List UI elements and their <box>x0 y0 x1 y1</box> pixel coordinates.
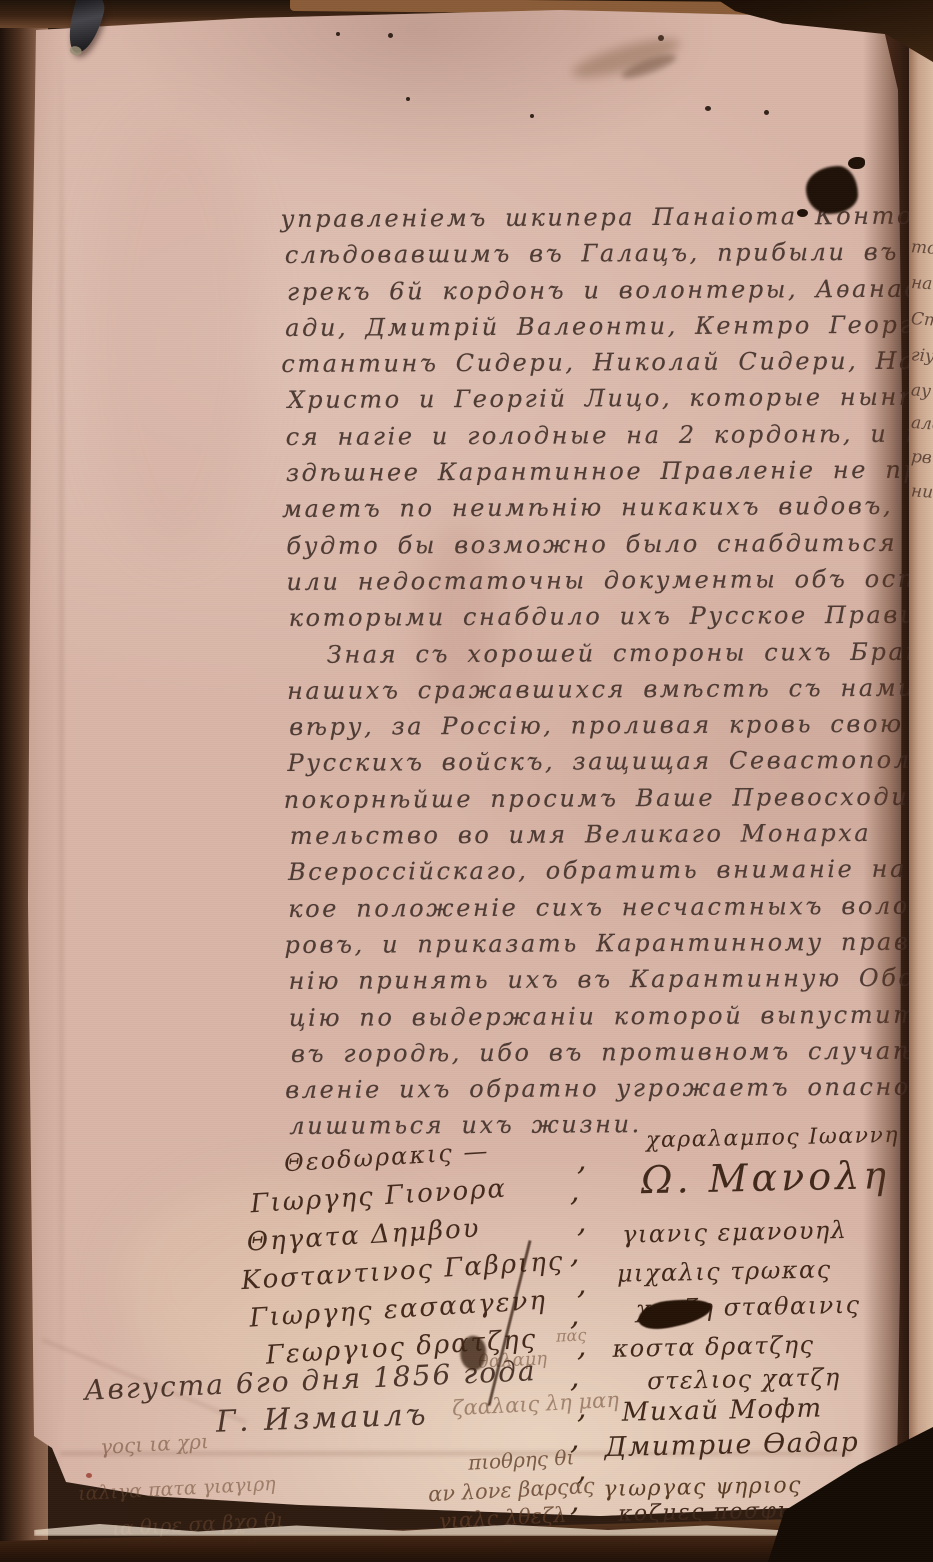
manuscript-line: Русскихъ войскъ, защищая Севастополь, мы <box>287 745 933 785</box>
manuscript-line: нію принять ихъ въ Карантинную Обсерва <box>289 963 933 1003</box>
ink-speck <box>388 33 393 38</box>
signature: Ω. Μανολη <box>640 1153 900 1220</box>
manuscript-line: ади, Дмитрій Валеонти, Кентро Георгіу <box>285 310 933 350</box>
signature-tick: , <box>570 1365 580 1396</box>
manuscript-line: которыми снабдило ихъ Русское Правитель <box>289 600 933 640</box>
gutter-shadow <box>863 0 911 1562</box>
adjacent-page-fragment: ни <box>910 481 933 502</box>
manuscript-body: управленіемъ шкипера Панаіота Контослѣдо… <box>285 201 933 1149</box>
manuscript-line: стантинъ Сидери, Николай Сидери, Нау <box>281 346 933 386</box>
signature-tick-column: ,,,,,,,,,,,, <box>577 1148 587 1520</box>
manuscript-line: Всероссійскаго, обратить вниманіе на жал <box>288 854 933 894</box>
adjacent-page: 5/ тонаиСтгіуауалорвини <box>909 0 933 1562</box>
ink-speck <box>336 32 340 36</box>
ink-blot-small <box>797 209 808 217</box>
adjacent-page-fragment: Ст <box>910 309 933 331</box>
manuscript-line: здѣшнее Карантинное Правленіе не прини <box>286 455 933 495</box>
manuscript-line: слѣдовавшимъ въ Галацъ, прибыли въ Измаи <box>285 237 933 277</box>
manuscript-line: грекъ 6й кордонъ и волонтеры, Аѳанасій С… <box>287 274 933 314</box>
adjacent-page-fragment: ало <box>910 413 933 435</box>
ink-speck <box>530 114 534 118</box>
signature-tick: , <box>570 1489 580 1520</box>
adjacent-page-fragment: рви <box>910 447 933 469</box>
manuscript-line: Христо и Георгій Лицо, которые нынѣ нахо <box>287 383 933 423</box>
manuscript-line: будто бы возможно было снабдиться таковы <box>286 528 933 568</box>
signature-tick: , <box>570 1427 580 1458</box>
signature: μιχαλις τρωκας <box>617 1254 903 1296</box>
adjacent-page-fragment: ау <box>910 380 931 401</box>
photo-frame: управленіемъ шкипера Панаіота Контослѣдо… <box>0 0 933 1562</box>
manuscript-line: вѣру, за Россію, проливая кровь свою въ … <box>289 709 933 749</box>
signature: γιανις εμανουηλ <box>622 1215 902 1260</box>
adjacent-page-fragment: то <box>910 237 933 259</box>
manuscript-line: нашихъ сражавшихся вмѣстѣ съ нами за <box>287 673 933 713</box>
manuscript-line: вленіе ихъ обратно угрожаетъ опасностію <box>285 1072 933 1112</box>
manuscript-line: Зная съ хорошей стороны сихъ Братьевъ <box>283 637 933 677</box>
signature-column-left: Θεοδωρακις —Γιωργης ΓιονοραΘηγατα Δημβου… <box>241 1133 570 1380</box>
manuscript-line: въ городѣ, ибо въ противномъ случаѣ отпр… <box>291 1036 933 1076</box>
ink-speck <box>705 106 711 111</box>
ink-speck <box>658 35 664 41</box>
crease-line <box>60 40 63 1430</box>
place-line: Г. Измаилъ <box>215 1397 429 1439</box>
ink-blot-large <box>806 166 858 214</box>
manuscript-line: цію по выдержаніи которой выпустить ихъ <box>289 1000 933 1040</box>
adjacent-page-fragment: наи <box>910 273 933 295</box>
manuscript-line: ровъ, и приказать Карантинному правле <box>284 927 933 967</box>
manuscript-line: маетъ по неимѣнію никакихъ видовъ, какъ <box>282 491 933 531</box>
adjacent-page-fragment: гіу <box>910 345 933 367</box>
manuscript-line: или недостаточны документы объ оставке <box>286 564 933 604</box>
ink-speck <box>764 110 769 115</box>
red-speck <box>86 1473 92 1478</box>
manuscript-line: кое положеніе сихъ несчастныхъ волонте <box>288 891 933 931</box>
stain <box>90 120 260 550</box>
signature-tick: , <box>570 1303 580 1334</box>
manuscript-line: ся нагіе и голодные на 2 кордонѣ, и кото… <box>286 419 933 459</box>
ink-speck <box>406 97 410 101</box>
signature-tick: , <box>570 1241 580 1272</box>
manuscript-line: тельство во имя Великаго Монарха <box>290 818 933 858</box>
signature-tick: , <box>570 1179 580 1210</box>
manuscript-line: покорнѣйше просимъ Ваше Превосходи <box>284 782 933 822</box>
